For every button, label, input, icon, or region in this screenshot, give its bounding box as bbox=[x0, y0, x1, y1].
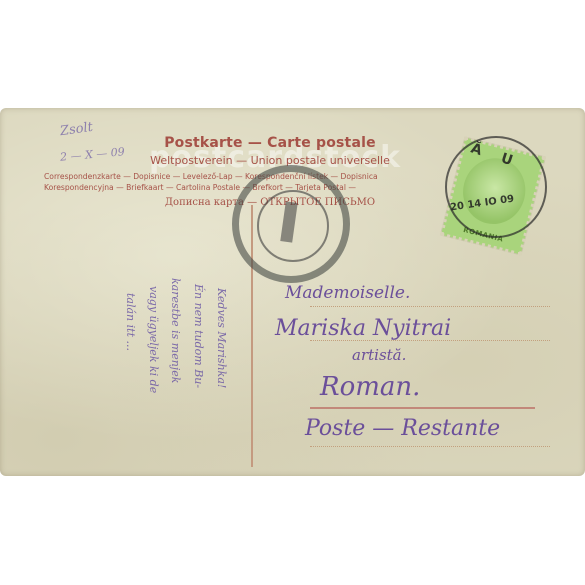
corner-note-date: 2 — X — 09 bbox=[60, 145, 126, 164]
message-column-5: talán itt ... bbox=[124, 293, 137, 351]
address-line-2: Mariska Nyitrai bbox=[275, 316, 451, 341]
message-column-3: karestbe is menjek bbox=[169, 278, 182, 383]
message-column-1: Kedves Marishka! bbox=[215, 288, 228, 388]
corner-note: Zsolt bbox=[59, 120, 94, 139]
address-rule-1 bbox=[310, 306, 550, 307]
message-column-4: vagy ügyeljek ki de bbox=[147, 286, 160, 393]
address-line-3: artistă. bbox=[352, 346, 406, 364]
message-column-2: Én nem tudom Bu- bbox=[192, 284, 205, 388]
address-line-1: Mademoiselle. bbox=[285, 283, 410, 303]
address-line-5: Poste — Restante bbox=[305, 416, 500, 441]
address-rule-3 bbox=[310, 407, 535, 409]
address-rule-4 bbox=[310, 446, 550, 447]
handwritten-message: Zsolt 2 — X — 09 Kedves Marishka! Én nem… bbox=[0, 108, 250, 476]
address-line-4: Roman. bbox=[320, 372, 420, 402]
postcard-back: postcardstock Postkarte — Carte postale … bbox=[0, 108, 585, 476]
